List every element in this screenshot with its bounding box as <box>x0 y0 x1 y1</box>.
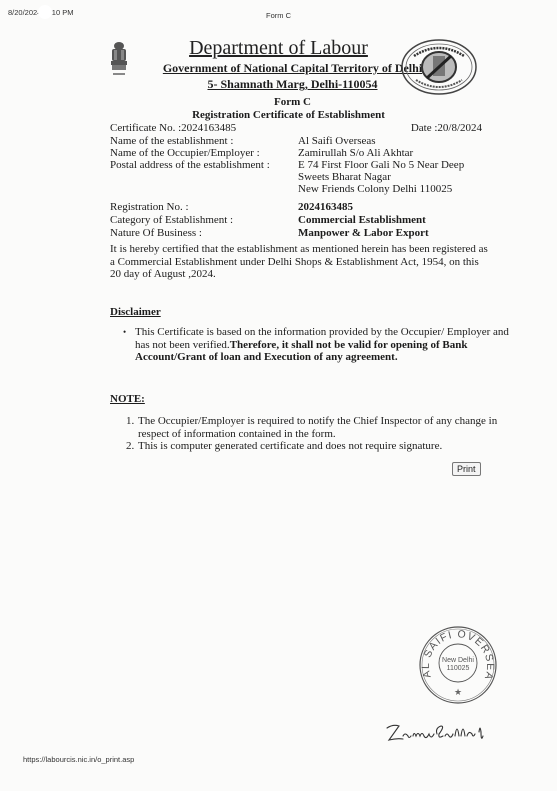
disclaimer-heading: Disclaimer <box>110 306 161 318</box>
stamp-pin: 110025 <box>447 665 470 672</box>
certification-statement: It is hereby certified that the establis… <box>110 243 490 281</box>
note-list: 1.The Occupier/Employer is required to n… <box>110 415 518 453</box>
certificate-header-row: Certificate No. :2024163485 Date :20/8/2… <box>110 122 480 134</box>
note-heading: NOTE: <box>110 393 145 405</box>
print-button[interactable]: Print <box>452 462 481 476</box>
form-name: Form C <box>0 96 557 108</box>
field-label-nature-of-business: Nature Of Business : <box>110 227 202 239</box>
disclaimer-list: This Certificate is based on the informa… <box>110 326 515 364</box>
certificate-title: Registration Certificate of Establishmen… <box>0 109 557 121</box>
field-value-establishment-name: Al Saifi Overseas <box>298 135 376 147</box>
note-text: This is computer generated certificate a… <box>138 440 442 452</box>
field-value-occupier: Zamirullah S/o Ali Akhtar <box>298 147 413 159</box>
stamp-city: New Delhi <box>442 657 474 664</box>
say-no-to-child-labour-seal-icon <box>400 38 478 96</box>
field-value-registration-no: 2024163485 <box>298 201 353 213</box>
field-value-address-line3: New Friends Colony Delhi 110025 <box>298 183 452 195</box>
stamp-ring-text: AL SAIFI OVERSEAS <box>418 625 496 682</box>
company-stamp: AL SAIFI OVERSEAS New Delhi 110025 ★ <box>418 625 498 705</box>
scan-artifact <box>38 5 52 19</box>
field-value-address-line2: Sweets Bharat Nagar <box>298 171 391 183</box>
note-text: The Occupier/Employer is required to not… <box>138 415 497 440</box>
field-value-nature-of-business: Manpower & Labor Export <box>298 227 429 239</box>
disclaimer-item: This Certificate is based on the informa… <box>135 326 515 364</box>
field-label-occupier: Name of the Occupier/Employer : <box>110 147 260 159</box>
svg-text:AL SAIFI OVERSEAS: AL SAIFI OVERSEAS <box>418 625 496 682</box>
field-label-postal-address: Postal address of the establishment : <box>110 159 270 171</box>
print-footer-url: https://labourcis.nic.in/o_print.asp <box>23 755 134 764</box>
field-value-category: Commercial Establishment <box>298 214 426 226</box>
certificate-number: Certificate No. :2024163485 <box>110 122 236 134</box>
star-icon: ★ <box>454 687 462 697</box>
note-item: 2.This is computer generated certificate… <box>128 440 518 453</box>
print-page-title: Form C <box>8 11 549 20</box>
field-value-address-line1: E 74 First Floor Gali No 5 Near Deep <box>298 159 464 171</box>
field-label-category: Category of Establishment : <box>110 214 233 226</box>
signature <box>383 714 513 748</box>
certificate-date: Date :20/8/2024 <box>411 122 482 134</box>
field-label-establishment-name: Name of the establishment : <box>110 135 233 147</box>
note-item: 1.The Occupier/Employer is required to n… <box>128 415 518 440</box>
field-label-registration-no: Registration No. : <box>110 201 189 213</box>
